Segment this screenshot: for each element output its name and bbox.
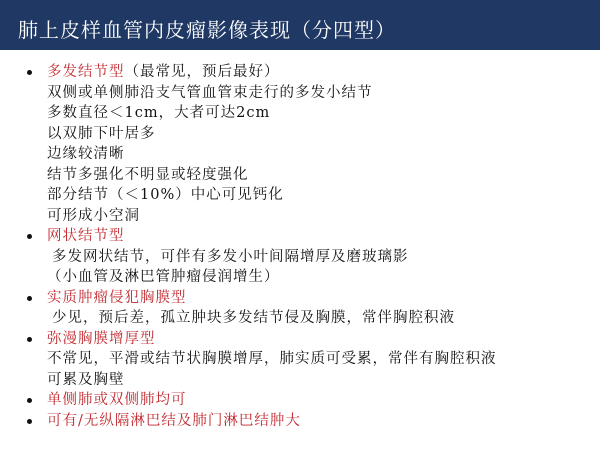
detail-line: 不常见，平滑或结节状胸膜增厚，肺实质可受累，常伴有胸腔积液: [0, 349, 600, 370]
detail-line: 部分结节（＜10%）中心可见钙化: [0, 185, 600, 206]
bullet-item-multiple-nodular: 多发结节型（最常见，预后最好）: [0, 62, 600, 83]
bullet-icon: [27, 234, 32, 239]
bullet-item-lymph-nodes: 可有/无纵隔淋巴结及肺门淋巴结肿大: [0, 411, 600, 432]
detail-line: 结节多强化不明显或轻度强化: [0, 165, 600, 186]
bullet-icon: [27, 337, 32, 342]
section-heading: 多发结节型: [47, 64, 125, 80]
slide-title: 肺上皮样血管内皮瘤影像表现（分四型）: [18, 17, 396, 43]
detail-line: 多发网状结节，可伴有多发小叶间隔增厚及磨玻璃影: [0, 247, 600, 268]
slide-header: 肺上皮样血管内皮瘤影像表现（分四型）: [0, 0, 600, 50]
detail-line: 边缘较清晰: [0, 144, 600, 165]
detail-line: 双侧或单侧肺沿支气管血管束走行的多发小结节: [0, 83, 600, 104]
detail-line: 少见，预后差，孤立肿块多发结节侵及胸膜，常伴胸腔积液: [0, 308, 600, 329]
bullet-icon: [27, 419, 32, 424]
bullet-icon: [27, 70, 32, 75]
section-heading: 可有/无纵隔淋巴结及肺门淋巴结肿大: [47, 413, 301, 429]
section-heading-note: （最常见，预后最好）: [125, 64, 280, 80]
slide-content: 多发结节型（最常见，预后最好） 双侧或单侧肺沿支气管血管束走行的多发小结节 多数…: [0, 62, 600, 431]
bullet-item-laterality: 单侧肺或双侧肺均可: [0, 390, 600, 411]
section-heading: 弥漫胸膜增厚型: [47, 331, 156, 347]
section-heading: 单侧肺或双侧肺均可: [47, 392, 187, 408]
section-heading: 实质肿瘤侵犯胸膜型: [47, 290, 187, 306]
bullet-item-solid-tumor-pleural: 实质肿瘤侵犯胸膜型: [0, 288, 600, 309]
detail-line: 以双肺下叶居多: [0, 124, 600, 145]
section-heading: 网状结节型: [47, 228, 125, 244]
detail-line: （小血管及淋巴管肿瘤侵润增生）: [0, 267, 600, 288]
bullet-item-reticular-nodular: 网状结节型: [0, 226, 600, 247]
bullet-icon: [27, 398, 32, 403]
detail-line: 可累及胸壁: [0, 370, 600, 391]
bullet-item-diffuse-pleural: 弥漫胸膜增厚型: [0, 329, 600, 350]
detail-line: 可形成小空洞: [0, 206, 600, 227]
detail-line: 多数直径＜1cm，大者可达2cm: [0, 103, 600, 124]
bullet-icon: [27, 296, 32, 301]
